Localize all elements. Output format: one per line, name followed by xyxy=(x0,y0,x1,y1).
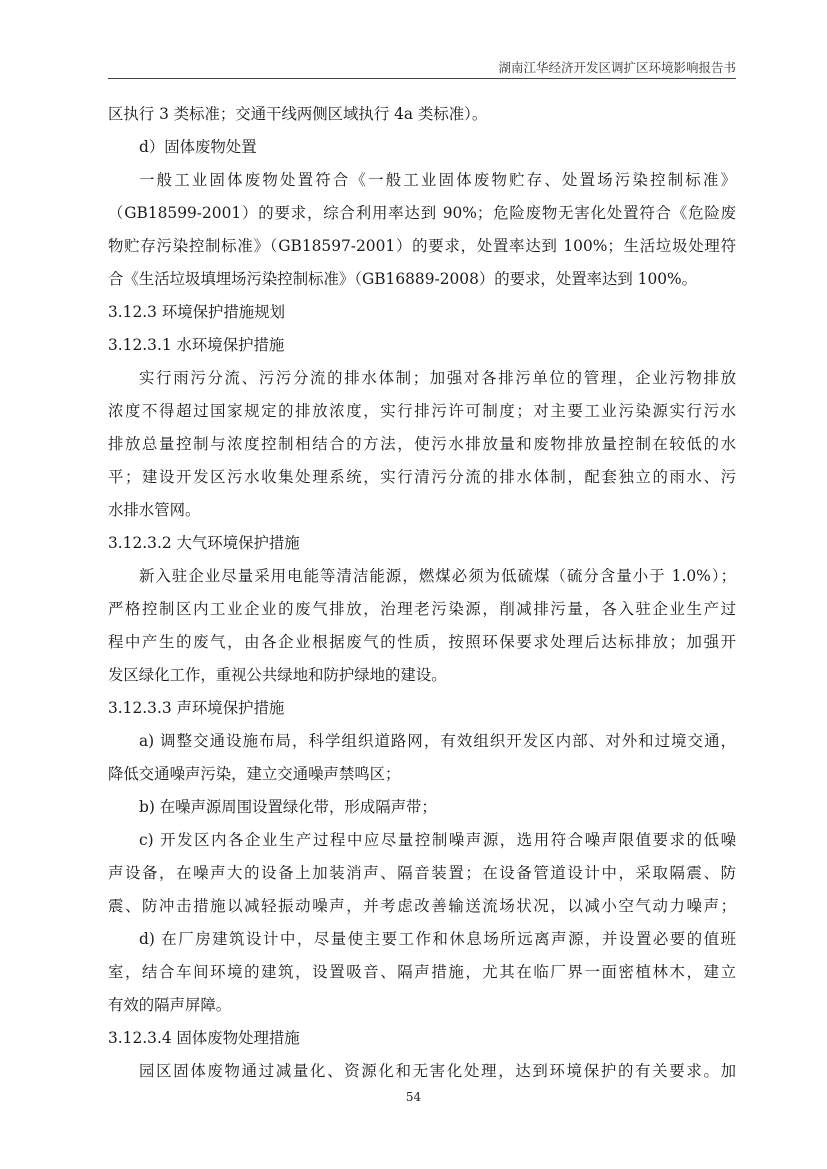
text-line: 物贮存污染控制标准》（GB18597-2001）的要求，处置率达到 100%；生… xyxy=(108,230,736,263)
section-heading: 3.12.3.1 水环境保护措施 xyxy=(108,329,736,362)
page-number: 54 xyxy=(0,1090,827,1104)
text-line: 新入驻企业尽量采用电能等清洁能源，燃煤必须为低硫煤（硫分含量小于 1.0%）； xyxy=(108,560,736,593)
text-line: 区执行 3 类标准；交通干线两侧区域执行 4a 类标准）。 xyxy=(108,98,736,131)
text-line: 声设备，在噪声大的设备上加装消声、隔音装置；在设备管道设计中，采取隔震、防 xyxy=(108,857,736,890)
text-line: 园区固体废物通过减量化、资源化和无害化处理，达到环境保护的有关要求。加 xyxy=(108,1055,736,1088)
text-line: 程中产生的废气，由各企业根据废气的性质，按照环保要求处理后达标排放；加强开 xyxy=(108,626,736,659)
text-line: 浓度不得超过国家规定的排放浓度，实行排污许可制度；对主要工业污染源实行污水 xyxy=(108,395,736,428)
text-line: c) 开发区内各企业生产过程中应尽量控制噪声源，选用符合噪声限值要求的低噪 xyxy=(108,824,736,857)
text-line: 降低交通噪声污染，建立交通噪声禁鸣区； xyxy=(108,758,736,791)
text-line: 水排水管网。 xyxy=(108,494,736,527)
text-line: 严格控制区内工业企业的废气排放，治理老污染源，削减排污量，各入驻企业生产过 xyxy=(108,593,736,626)
section-heading: 3.12.3.2 大气环境保护措施 xyxy=(108,527,736,560)
text-line: 平；建设开发区污水收集处理系统，实行清污分流的排水体制，配套独立的雨水、污 xyxy=(108,461,736,494)
text-line: 排放总量控制与浓度控制相结合的方法，使污水排放量和废物排放量控制在较低的水 xyxy=(108,428,736,461)
text-line: a) 调整交通设施布局，科学组织道路网，有效组织开发区内部、对外和过境交通， xyxy=(108,725,736,758)
text-line: 发区绿化工作，重视公共绿地和防护绿地的建设。 xyxy=(108,659,736,692)
section-heading: 3.12.3 环境保护措施规划 xyxy=(108,296,736,329)
text-line: 实行雨污分流、污污分流的排水体制；加强对各排污单位的管理，企业污物排放 xyxy=(108,362,736,395)
text-line: 震、防冲击措施以减轻振动噪声，并考虑改善输送流场状况，以减小空气动力噪声； xyxy=(108,890,736,923)
section-heading: 3.12.3.4 固体废物处理措施 xyxy=(108,1022,736,1055)
text-line: 室，结合车间环境的建筑，设置吸音、隔声措施，尤其在临厂界一面密植林木，建立 xyxy=(108,956,736,989)
text-line: （GB18599-2001）的要求，综合利用率达到 90%；危险废物无害化处置符… xyxy=(108,197,736,230)
text-line: d）固体废物处置 xyxy=(108,131,736,164)
text-line: 有效的隔声屏障。 xyxy=(108,989,736,1022)
text-line: b) 在噪声源周围设置绿化带，形成隔声带； xyxy=(108,791,736,824)
text-line: 一般工业固体废物处置符合《一般工业固体废物贮存、处置场污染控制标准》 xyxy=(108,164,736,197)
running-header: 湖南江华经济开发区调扩区环境影响报告书 xyxy=(108,58,736,79)
text-line: d) 在厂房建筑设计中，尽量使主要工作和休息场所远离声源，并设置必要的值班 xyxy=(108,923,736,956)
text-line: 合《生活垃圾填埋场污染控制标准》（GB16889-2008）的要求，处置率达到 … xyxy=(108,263,736,296)
page-body: 区执行 3 类标准；交通干线两侧区域执行 4a 类标准）。d）固体废物处置一般工… xyxy=(108,98,736,1088)
section-heading: 3.12.3.3 声环境保护措施 xyxy=(108,692,736,725)
